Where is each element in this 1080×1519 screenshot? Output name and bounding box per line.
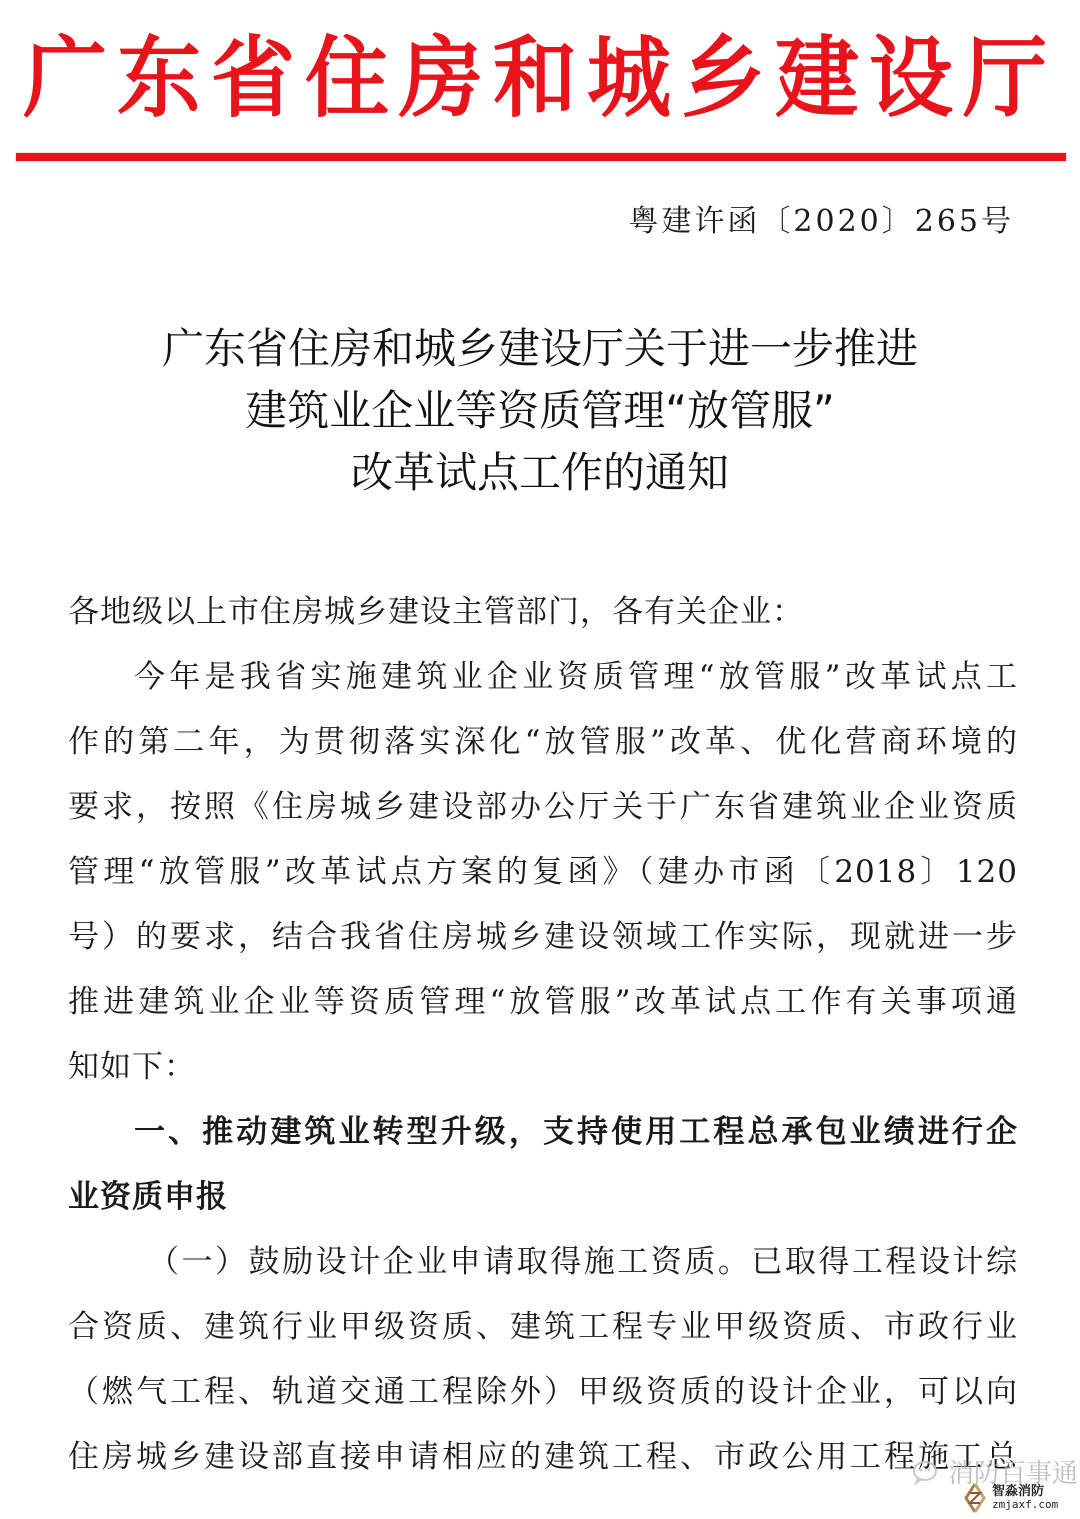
- issuing-authority-title: 广东省住房和城乡建设厅: [23, 26, 1057, 131]
- subsection-line-1: （一）鼓励设计企业申请取得施工资质。已取得工程设计综: [68, 1230, 1018, 1295]
- masthead: 广东省住房和城乡建设厅: [0, 28, 1080, 128]
- body-line-1: 今年是我省实施建筑业企业资质管理“放管服”改革试点工: [68, 645, 1018, 710]
- title-line-3: 改革试点工作的通知: [0, 442, 1080, 504]
- document-number: 粤建许函〔2020〕265号: [628, 196, 1014, 240]
- document-title: 广东省住房和城乡建设厅关于进一步推进 建筑业企业等资质管理“放管服” 改革试点工…: [0, 318, 1080, 504]
- body-line-2: 作的第二年，为贯彻落实深化“放管服”改革、优化营商环境的: [68, 710, 1018, 775]
- section-heading-line-1: 一、推动建筑业转型升级，支持使用工程总承包业绩进行企: [68, 1100, 1018, 1165]
- title-line-1: 广东省住房和城乡建设厅关于进一步推进: [0, 318, 1080, 380]
- subsection-line-2: 合资质、建筑行业甲级资质、建筑工程专业甲级资质、市政行业: [68, 1295, 1018, 1360]
- zhimiao-logo-icon: [962, 1482, 988, 1514]
- subsection-line-4: 住房城乡建设部直接申请相应的建筑工程、市政公用工程施工总: [68, 1425, 1018, 1490]
- section-heading-line-2: 业资质申报: [68, 1165, 1018, 1230]
- body-line-7: 知如下：: [68, 1035, 1018, 1100]
- body-line-3: 要求，按照《住房城乡建设部办公厅关于广东省建筑业企业资质: [68, 775, 1018, 840]
- body-line-4: 管理“放管服”改革试点方案的复函》（建办市函〔2018〕120: [68, 840, 1018, 905]
- body-line-6: 推进建筑业企业等资质管理“放管服”改革试点工作有关事项通: [68, 970, 1018, 1035]
- logo-name: 智淼消防: [992, 1485, 1058, 1498]
- addressee-line: 各地级以上市住房城乡建设主管部门，各有关企业：: [68, 580, 1018, 645]
- logo-url: zmjaxf.com: [992, 1498, 1058, 1511]
- subsection-line-3: （燃气工程、轨道交通工程除外）甲级资质的设计企业，可以向: [68, 1360, 1018, 1425]
- red-divider-line: [16, 153, 1066, 161]
- document-body: 各地级以上市住房城乡建设主管部门，各有关企业： 今年是我省实施建筑业企业资质管理…: [68, 580, 1018, 1490]
- body-line-5: 号）的要求，结合我省住房城乡建设领域工作实际，现就进一步: [68, 905, 1018, 970]
- title-line-2: 建筑业企业等资质管理“放管服”: [0, 380, 1080, 442]
- wechat-icon: [912, 1459, 942, 1485]
- site-logo: 智淼消防 zmjaxf.com: [962, 1482, 1058, 1514]
